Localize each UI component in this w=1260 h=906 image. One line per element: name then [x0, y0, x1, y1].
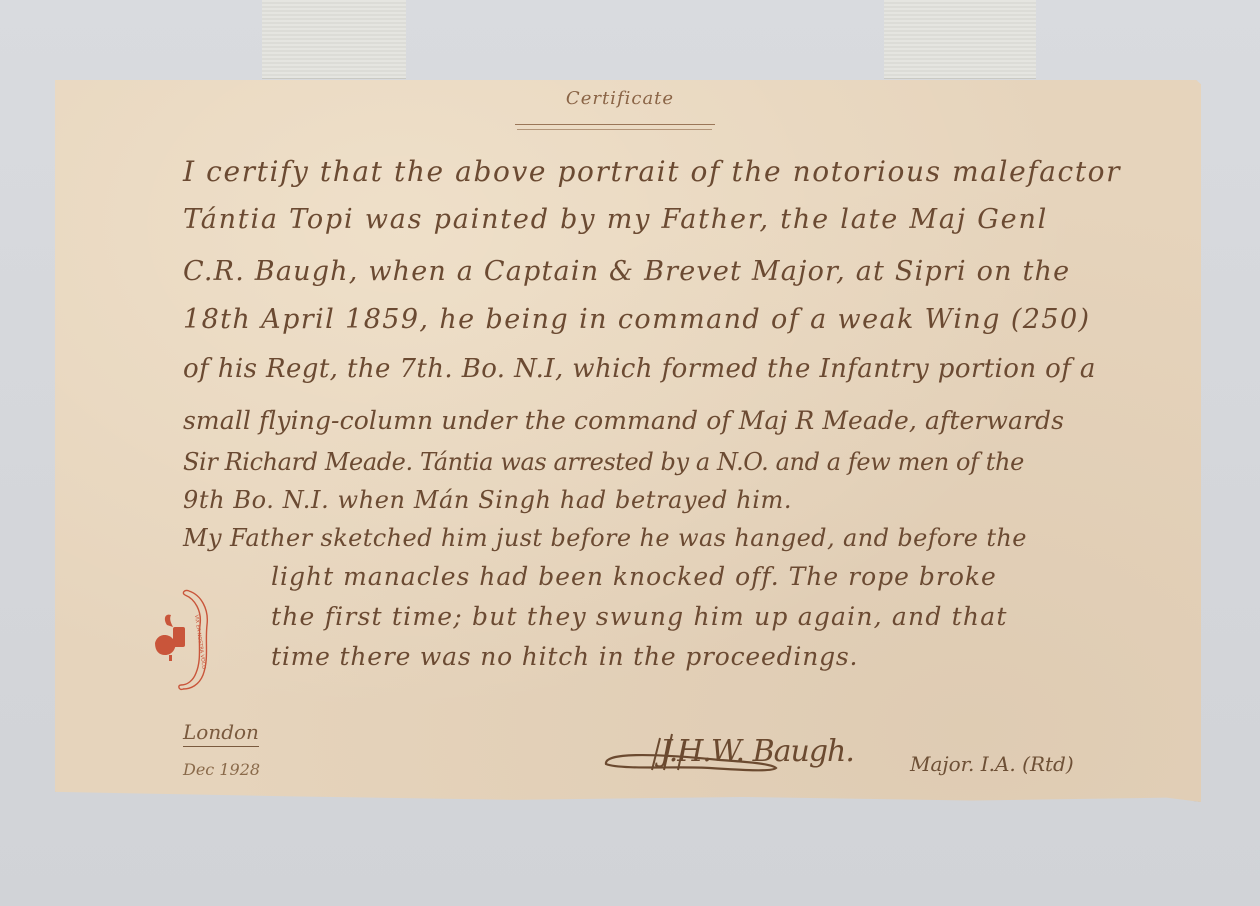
text-line: C.R. Baugh, when a Captain & Brevet Majo… — [183, 258, 1070, 285]
text-line: 18th April 1859, he being in command of … — [183, 306, 1090, 333]
signature: J.H.W. Baugh. — [600, 728, 920, 788]
signature-name: J.H.W. Baugh. — [660, 734, 854, 769]
text-line: of his Regt, the 7th. Bo. N.I, which for… — [183, 356, 1096, 382]
title-underline — [515, 124, 715, 125]
hinge-tape-left — [262, 0, 406, 79]
place-label: London — [183, 720, 259, 747]
text-line: time there was no hitch in the proceedin… — [271, 644, 858, 669]
date-label: Dec 1928 — [183, 760, 260, 779]
text-line: Sir Richard Meade. Tántia was arrested b… — [183, 450, 1024, 474]
text-line: light manacles had been knocked off. The… — [271, 564, 997, 589]
text-line: small flying-column under the command of… — [183, 408, 1064, 433]
certificate-paper: Certificate I certify that the above por… — [55, 80, 1201, 802]
text-line: 9th Bo. N.I. when Mán Singh had betrayed… — [183, 488, 792, 512]
rank-label: Major. I.A. (Rtd) — [910, 752, 1074, 776]
svg-text:VIX EA NOSTRA VOCO: VIX EA NOSTRA VOCO — [193, 614, 207, 669]
document-title: Certificate — [525, 88, 715, 109]
text-line: Tántia Topi was painted by my Father, th… — [183, 206, 1048, 233]
hinge-tape-right — [884, 0, 1036, 79]
family-crest-stamp: VIX EA NOSTRA VOCO — [149, 585, 219, 695]
text-line: My Father sketched him just before he wa… — [183, 526, 1027, 550]
title-underline-second — [517, 129, 712, 130]
text-line: the first time; but they swung him up ag… — [271, 604, 1008, 629]
text-line: I certify that the above portrait of the… — [183, 158, 1121, 186]
